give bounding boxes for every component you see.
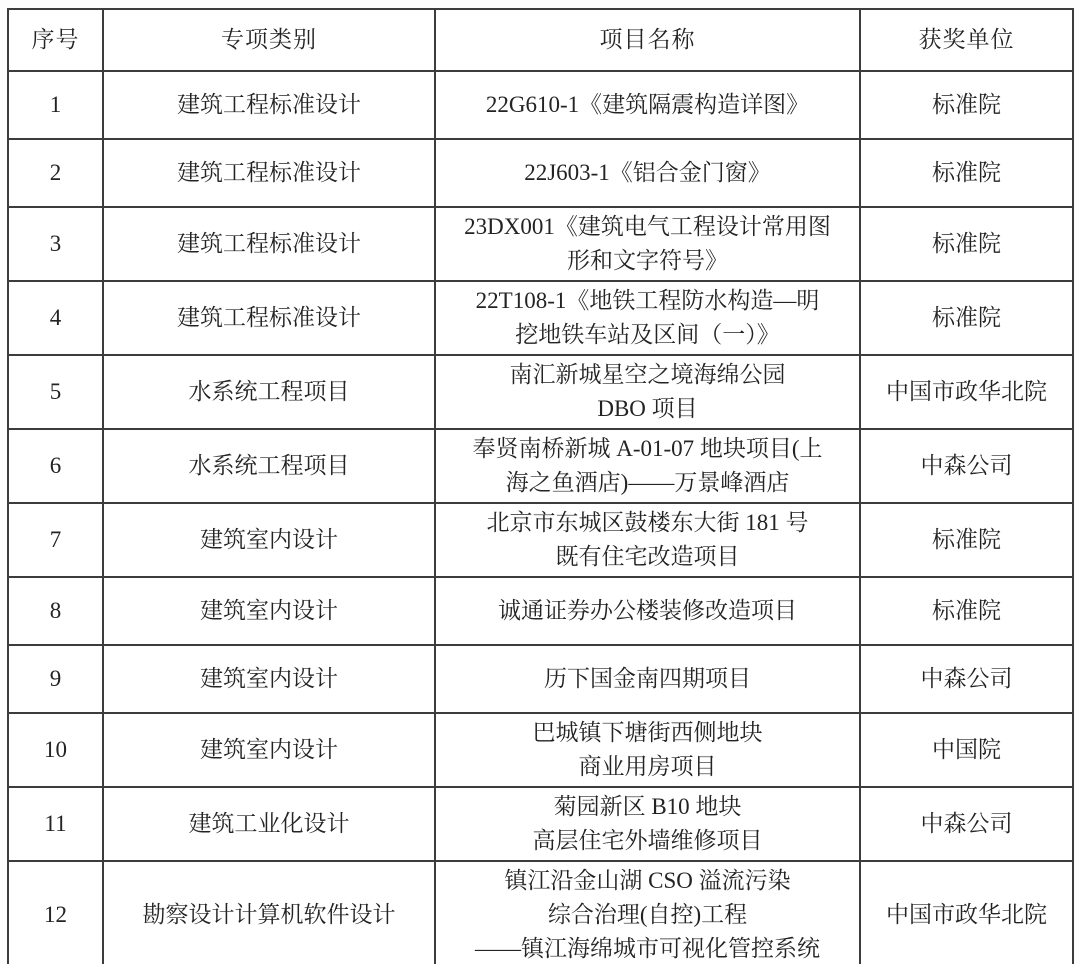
cell-category: 建筑工程标准设计 <box>103 281 435 355</box>
cell-no: 6 <box>8 429 103 503</box>
cell-category: 勘察设计计算机软件设计 <box>103 861 435 964</box>
table-row: 10建筑室内设计巴城镇下塘街西侧地块 商业用房项目中国院 <box>8 713 1073 787</box>
cell-project: 镇江沿金山湖 CSO 溢流污染 综合治理(自控)工程 ——镇江海绵城市可视化管控… <box>435 861 860 964</box>
table-row: 7建筑室内设计北京市东城区鼓楼东大街 181 号 既有住宅改造项目标准院 <box>8 503 1073 577</box>
cell-no: 2 <box>8 139 103 207</box>
cell-project: 菊园新区 B10 地块 高层住宅外墙维修项目 <box>435 787 860 861</box>
cell-no: 1 <box>8 71 103 139</box>
cell-project: 历下国金南四期项目 <box>435 645 860 713</box>
cell-unit: 标准院 <box>860 207 1073 281</box>
cell-unit: 中森公司 <box>860 429 1073 503</box>
cell-no: 3 <box>8 207 103 281</box>
cell-no: 8 <box>8 577 103 645</box>
table-row: 12勘察设计计算机软件设计镇江沿金山湖 CSO 溢流污染 综合治理(自控)工程 … <box>8 861 1073 964</box>
award-table: 序号 专项类别 项目名称 获奖单位 1建筑工程标准设计22G610-1《建筑隔震… <box>7 8 1074 964</box>
cell-project: 奉贤南桥新城 A-01-07 地块项目(上 海之鱼酒店)——万景峰酒店 <box>435 429 860 503</box>
cell-project: 诚通证券办公楼装修改造项目 <box>435 577 860 645</box>
cell-unit: 标准院 <box>860 577 1073 645</box>
cell-no: 9 <box>8 645 103 713</box>
cell-unit: 中国市政华北院 <box>860 355 1073 429</box>
header-row: 序号 专项类别 项目名称 获奖单位 <box>8 9 1073 71</box>
table-header: 序号 专项类别 项目名称 获奖单位 <box>8 9 1073 71</box>
header-unit: 获奖单位 <box>860 9 1073 71</box>
cell-unit: 中国市政华北院 <box>860 861 1073 964</box>
cell-no: 7 <box>8 503 103 577</box>
cell-project: 22T108-1《地铁工程防水构造—明 挖地铁车站及区间（一）》 <box>435 281 860 355</box>
cell-category: 建筑室内设计 <box>103 577 435 645</box>
table-row: 5水系统工程项目南汇新城星空之境海绵公园 DBO 项目中国市政华北院 <box>8 355 1073 429</box>
table-row: 9建筑室内设计历下国金南四期项目中森公司 <box>8 645 1073 713</box>
cell-no: 5 <box>8 355 103 429</box>
cell-project: 22G610-1《建筑隔震构造详图》 <box>435 71 860 139</box>
cell-no: 10 <box>8 713 103 787</box>
cell-project: 南汇新城星空之境海绵公园 DBO 项目 <box>435 355 860 429</box>
table-row: 3建筑工程标准设计23DX001《建筑电气工程设计常用图 形和文字符号》标准院 <box>8 207 1073 281</box>
table-row: 1建筑工程标准设计22G610-1《建筑隔震构造详图》标准院 <box>8 71 1073 139</box>
table-row: 11建筑工业化设计菊园新区 B10 地块 高层住宅外墙维修项目中森公司 <box>8 787 1073 861</box>
cell-category: 建筑工程标准设计 <box>103 71 435 139</box>
table-body: 1建筑工程标准设计22G610-1《建筑隔震构造详图》标准院2建筑工程标准设计2… <box>8 71 1073 964</box>
cell-unit: 标准院 <box>860 139 1073 207</box>
cell-category: 水系统工程项目 <box>103 355 435 429</box>
cell-project: 22J603-1《铝合金门窗》 <box>435 139 860 207</box>
table-row: 6水系统工程项目奉贤南桥新城 A-01-07 地块项目(上 海之鱼酒店)——万景… <box>8 429 1073 503</box>
page: 序号 专项类别 项目名称 获奖单位 1建筑工程标准设计22G610-1《建筑隔震… <box>0 0 1080 964</box>
cell-category: 水系统工程项目 <box>103 429 435 503</box>
cell-no: 4 <box>8 281 103 355</box>
cell-category: 建筑工程标准设计 <box>103 139 435 207</box>
header-no: 序号 <box>8 9 103 71</box>
cell-unit: 中森公司 <box>860 787 1073 861</box>
cell-category: 建筑室内设计 <box>103 713 435 787</box>
cell-category: 建筑工业化设计 <box>103 787 435 861</box>
cell-unit: 标准院 <box>860 281 1073 355</box>
cell-unit: 中国院 <box>860 713 1073 787</box>
cell-category: 建筑室内设计 <box>103 645 435 713</box>
header-category: 专项类别 <box>103 9 435 71</box>
table-row: 8建筑室内设计诚通证券办公楼装修改造项目标准院 <box>8 577 1073 645</box>
cell-category: 建筑室内设计 <box>103 503 435 577</box>
cell-category: 建筑工程标准设计 <box>103 207 435 281</box>
cell-unit: 标准院 <box>860 71 1073 139</box>
table-row: 4建筑工程标准设计22T108-1《地铁工程防水构造—明 挖地铁车站及区间（一）… <box>8 281 1073 355</box>
cell-no: 11 <box>8 787 103 861</box>
cell-no: 12 <box>8 861 103 964</box>
table-row: 2建筑工程标准设计22J603-1《铝合金门窗》标准院 <box>8 139 1073 207</box>
cell-project: 巴城镇下塘街西侧地块 商业用房项目 <box>435 713 860 787</box>
cell-project: 北京市东城区鼓楼东大街 181 号 既有住宅改造项目 <box>435 503 860 577</box>
header-project: 项目名称 <box>435 9 860 71</box>
cell-unit: 标准院 <box>860 503 1073 577</box>
cell-project: 23DX001《建筑电气工程设计常用图 形和文字符号》 <box>435 207 860 281</box>
cell-unit: 中森公司 <box>860 645 1073 713</box>
